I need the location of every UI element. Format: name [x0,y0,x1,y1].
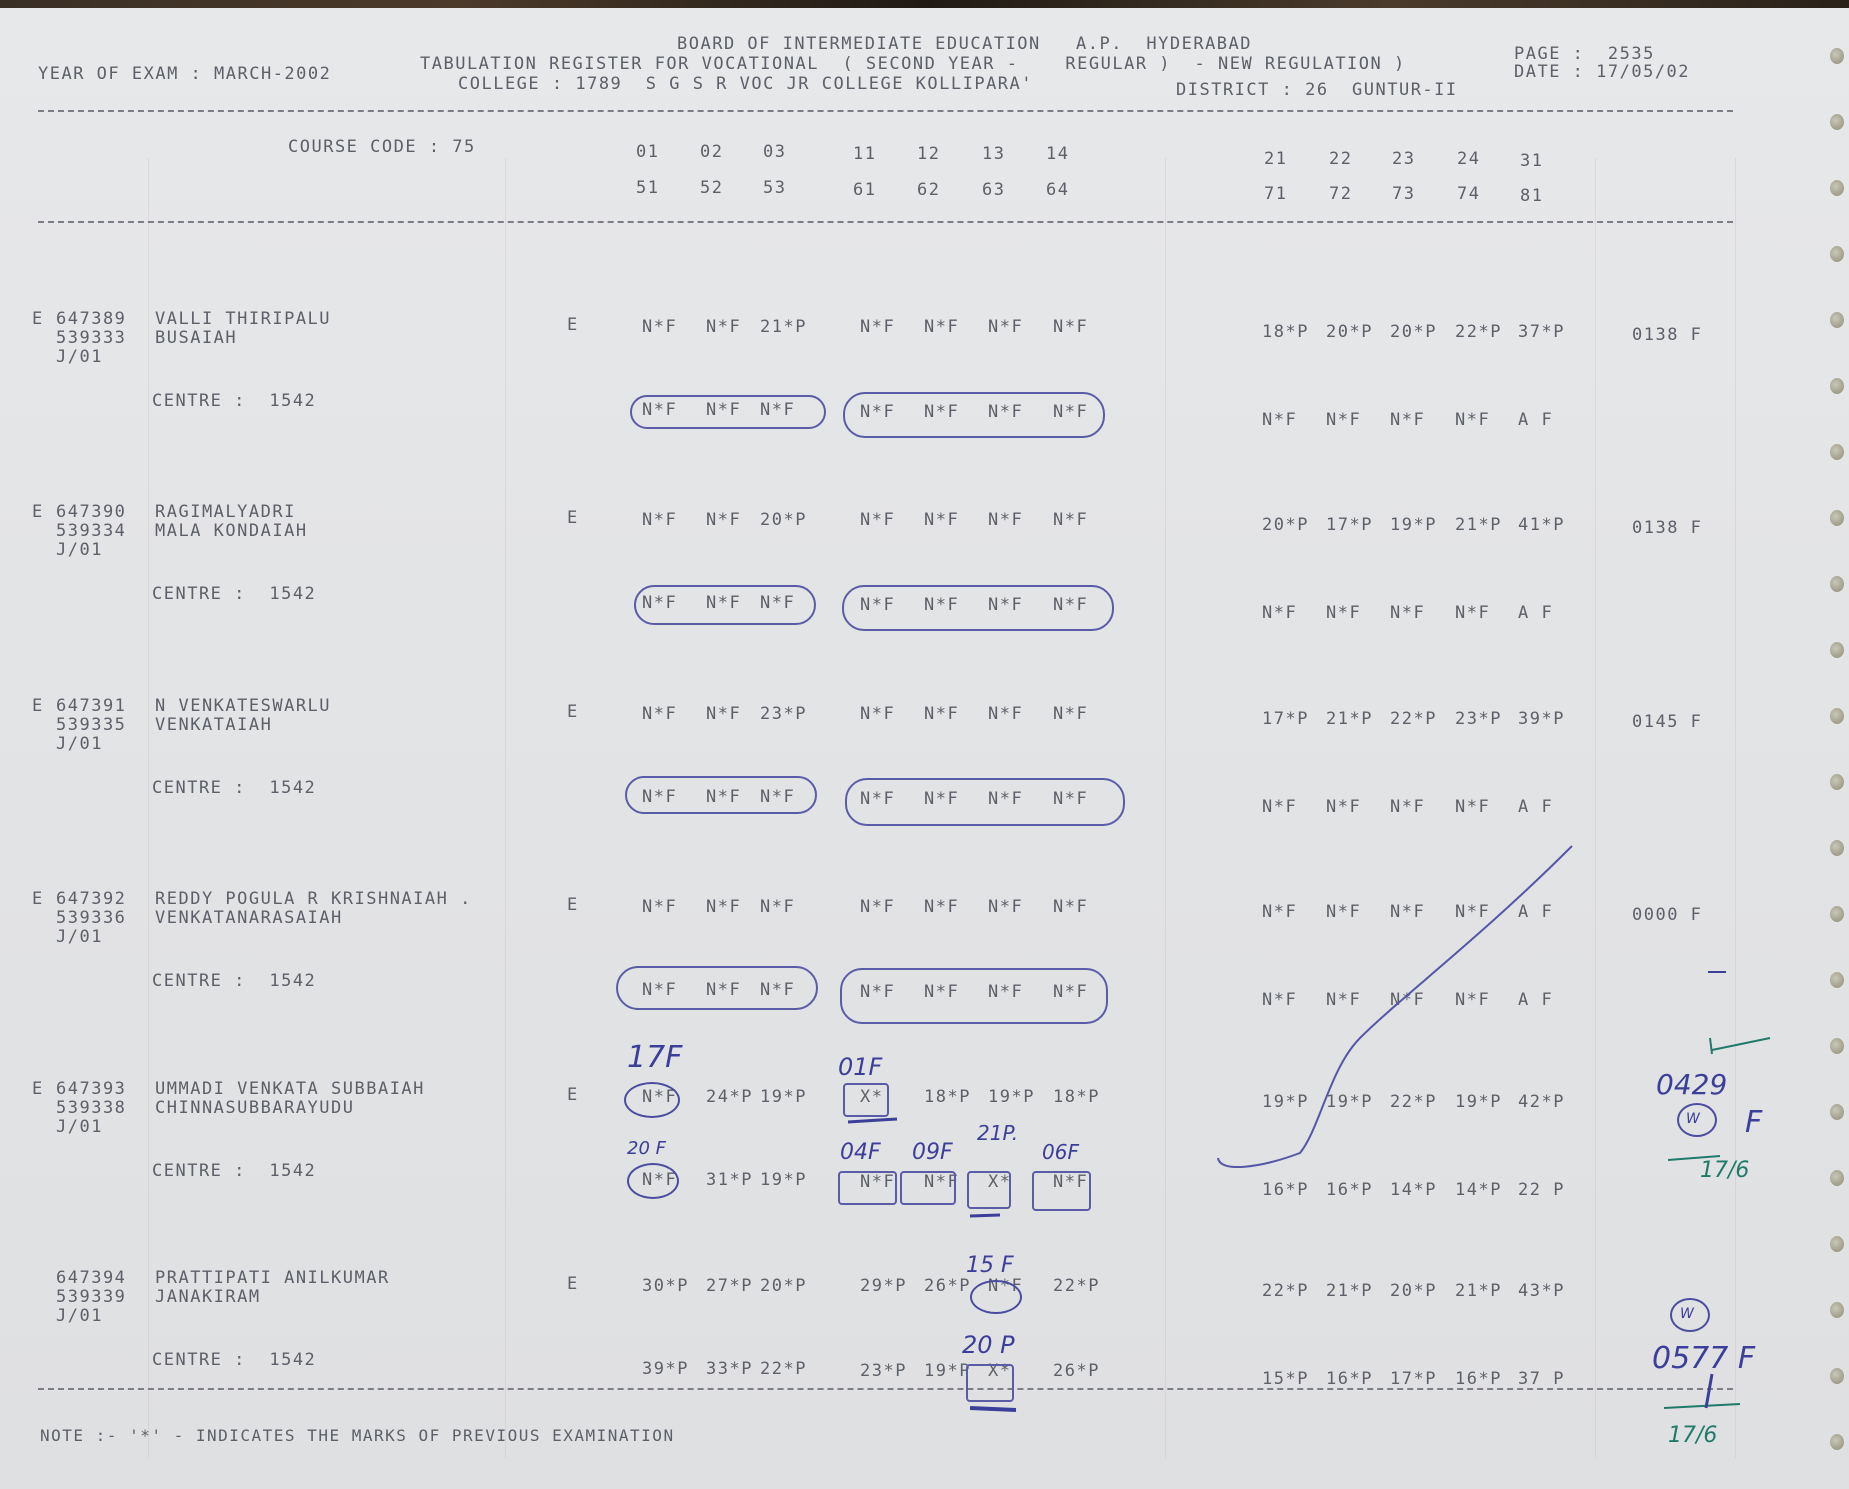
form-column-line [148,158,149,1458]
record-prefix: E [32,504,44,521]
feed-hole [1830,840,1844,856]
tabulation-register-page: BOARD OF INTERMEDIATE EDUCATION A.P. HYD… [0,8,1849,1489]
mark-cell: 23*P [860,1363,907,1380]
mark-cell: 23*P [1455,711,1502,728]
mark-cell: N*F [642,512,677,529]
mark-cell: 22*P [1455,324,1502,341]
exam-centre: CENTRE : 1542 [152,393,316,410]
feed-hole [1830,48,1844,64]
mark-cell: N*F [1390,799,1425,816]
withheld-circle [1677,1103,1717,1137]
group-code: J/01 [56,542,103,559]
exam-centre: CENTRE : 1542 [152,973,316,990]
mark-cell: N*F [1262,412,1297,429]
total-result: 0138 F [1632,520,1702,537]
handwritten-total: 0429 [1656,1068,1727,1101]
mark-cell: 22*P [1390,1094,1437,1111]
ink-box [967,1171,1011,1209]
handwritten-mark: 09F [912,1140,953,1165]
print-date: DATE : 17/05/02 [1514,64,1690,81]
mark-cell: 17*P [1326,517,1373,534]
total-result: 0000 F [1632,907,1702,924]
mark-cell: N*F [924,706,959,723]
mark-cell: N*F [1390,412,1425,429]
record-prefix: E [32,698,44,715]
subject-code: 73 [1392,186,1415,203]
mark-cell: 43*P [1518,1283,1565,1300]
subject-code: 21 [1264,151,1287,168]
footnote: NOTE :- '*' - INDICATES THE MARKS OF PRE… [40,1428,675,1444]
feed-hole [1830,708,1844,724]
mark-cell: 20*P [1326,324,1373,341]
mark-cell: 16*P [1326,1371,1373,1388]
mark-cell: 19*P [760,1172,807,1189]
mark-cell: N*F [860,899,895,916]
mark-cell: 14*P [1455,1182,1502,1199]
subject-code: 81 [1520,188,1543,205]
subject-code: 71 [1264,186,1287,203]
mark-cell: 42*P [1518,1094,1565,1111]
mark-cell: 18*P [924,1089,971,1106]
district-line: DISTRICT : 26 GUNTUR-II [1176,82,1458,99]
mark-cell: 37 P [1518,1371,1565,1388]
mark-cell: 37*P [1518,324,1565,341]
mark-cell: 20*P [760,512,807,529]
handwritten-total: 0577 F [1652,1341,1755,1376]
board-title: BOARD OF INTERMEDIATE EDUCATION A.P. HYD… [677,36,1252,53]
mark-cell: N*F [1262,904,1297,921]
father-name: BUSAIAH [155,330,237,347]
mark-cell: 16*P [1455,1371,1502,1388]
group-code: J/01 [56,1308,103,1325]
hall-ticket-number: 647394 [56,1270,126,1287]
feed-hole [1830,1236,1844,1252]
subject-code: 62 [917,182,940,199]
mark-cell: N*F [860,512,895,529]
mark-cell: 21*P [1326,711,1373,728]
mark-cell: N*F [1326,904,1361,921]
subject-code: 23 [1392,151,1415,168]
subject-code: 12 [917,146,940,163]
feed-hole [1830,1038,1844,1054]
father-name: VENKATANARASAIAH [155,910,343,927]
mark-cell: A F [1518,412,1553,429]
handwritten-mark: 20 F [627,1138,666,1159]
mark-cell: 19*P [988,1089,1035,1106]
exam-centre: CENTRE : 1542 [152,586,316,603]
mark-cell: N*F [1455,799,1490,816]
subject-code: 14 [1046,146,1069,163]
mark-cell: N*F [1455,605,1490,622]
mark-cell: 17*P [1262,711,1309,728]
mark-cell: N*F [924,899,959,916]
medium: E [567,1276,579,1293]
header-separator [38,110,1733,112]
registration-number: 539334 [56,523,126,540]
mark-cell: N*F [1053,512,1088,529]
total-result: 0138 F [1632,327,1702,344]
ink-circle [970,1280,1022,1314]
mark-cell: 39*P [642,1361,689,1378]
group-code: J/01 [56,736,103,753]
mark-cell: 22*P [760,1361,807,1378]
subject-code: 01 [636,144,659,161]
mark-cell: 22*P [1390,711,1437,728]
mark-cell: N*F [760,899,795,916]
hall-ticket-number: 647389 [56,311,126,328]
ink-oval [625,776,817,814]
exam-centre: CENTRE : 1542 [152,1352,316,1369]
feed-hole [1830,642,1844,658]
mark-cell: N*F [706,319,741,336]
mark-cell: N*F [1262,799,1297,816]
feed-hole [1830,1170,1844,1186]
hall-ticket-number: 647393 [56,1081,126,1098]
subject-code: 53 [763,180,786,197]
handwritten-mark: 04F [840,1140,881,1165]
candidate-name: N VENKATESWARLU [155,698,331,715]
mark-cell: N*F [1455,992,1490,1009]
medium: E [567,897,579,914]
mark-cell: N*F [1326,412,1361,429]
group-code: J/01 [56,1119,103,1136]
mark-cell: N*F [988,512,1023,529]
mark-cell: 39*P [1518,711,1565,728]
feed-hole [1830,576,1844,592]
footer-separator [38,1388,1733,1390]
mark-cell: N*F [988,899,1023,916]
mark-cell: 23*P [760,706,807,723]
handwritten-mark: 06F [1042,1140,1079,1164]
feed-hole [1830,906,1844,922]
hall-ticket-number: 647390 [56,504,126,521]
ink-oval [634,585,816,625]
subject-code: 74 [1457,186,1480,203]
feed-hole [1830,378,1844,394]
mark-cell: 21*P [760,319,807,336]
mark-cell: N*F [1053,899,1088,916]
handwritten-date: 17/6 [1700,1158,1749,1183]
hall-ticket-number: 647392 [56,891,126,908]
ink-box [843,1083,889,1117]
mark-cell: 26*P [924,1278,971,1295]
subject-code: 64 [1046,182,1069,199]
exam-centre: CENTRE : 1542 [152,780,316,797]
record-prefix: E [32,1081,44,1098]
feed-hole [1830,510,1844,526]
mark-cell: N*F [1053,706,1088,723]
ink-oval [616,966,818,1010]
father-name: VENKATAIAH [155,717,272,734]
mark-cell: 19*P [1390,517,1437,534]
mark-cell: 24*P [706,1089,753,1106]
subject-code: 13 [982,146,1005,163]
mark-cell: 20*P [1390,1283,1437,1300]
mark-cell: 19*P [924,1363,971,1380]
ink-box [838,1171,897,1205]
mark-cell: N*F [706,899,741,916]
mark-cell: 22*P [1262,1283,1309,1300]
subject-code: 24 [1457,151,1480,168]
mark-cell: 20*P [1390,324,1437,341]
medium: E [567,510,579,527]
candidate-name: RAGIMALYADRI [155,504,296,521]
ink-oval [630,395,826,429]
candidate-name: REDDY POGULA R KRISHNAIAH . [155,891,472,908]
mark-cell: 33*P [706,1361,753,1378]
form-column-line [505,158,506,1458]
mark-cell: 26*P [1053,1363,1100,1380]
form-column-line [1165,158,1166,1458]
feed-hole [1830,774,1844,790]
feed-hole [1830,246,1844,262]
register-title: TABULATION REGISTER FOR VOCATIONAL ( SEC… [420,56,1406,73]
subject-code: 51 [636,180,659,197]
father-name: MALA KONDAIAH [155,523,308,540]
hall-ticket-number: 647391 [56,698,126,715]
mark-cell: 18*P [1053,1089,1100,1106]
subject-code: 63 [982,182,1005,199]
feed-hole [1830,114,1844,130]
mark-cell: N*F [1455,904,1490,921]
feed-hole [1830,180,1844,196]
mark-cell: 16*P [1262,1182,1309,1199]
mark-cell: N*F [860,319,895,336]
handwritten-mark: 21P. [977,1121,1018,1145]
mark-cell: A F [1518,992,1553,1009]
mark-cell: N*F [988,319,1023,336]
feed-hole [1830,1104,1844,1120]
ink-circle [627,1163,679,1199]
feed-hole [1830,1302,1844,1318]
mark-cell: 19*P [1455,1094,1502,1111]
mark-cell: 20*P [760,1278,807,1295]
mark-cell: N*F [1326,992,1361,1009]
mark-cell: N*F [924,512,959,529]
mark-cell: N*F [642,319,677,336]
ink-box [1032,1171,1091,1211]
mark-cell: N*F [1390,605,1425,622]
form-column-line [1595,158,1596,1458]
feed-hole [1830,972,1844,988]
medium: E [567,704,579,721]
medium: E [567,1087,579,1104]
mark-cell: N*F [1390,904,1425,921]
mark-cell: 15*P [1262,1371,1309,1388]
ink-circle [624,1082,680,1118]
mark-cell: N*F [1053,319,1088,336]
mark-cell: 20*P [1262,517,1309,534]
ink-oval [840,968,1108,1024]
ink-strokes [0,8,1849,1489]
mark-cell: N*F [642,706,677,723]
candidate-name: VALLI THIRIPALU [155,311,331,328]
mark-cell: 21*P [1326,1283,1373,1300]
mark-cell: 18*P [1262,324,1309,341]
course-separator [38,221,1733,223]
subject-code: 22 [1329,151,1352,168]
mark-cell: N*F [1326,799,1361,816]
ink-oval [845,778,1125,826]
group-code: J/01 [56,349,103,366]
registration-number: 539339 [56,1289,126,1306]
record-prefix: E [32,311,44,328]
withheld-circle [1670,1298,1710,1332]
candidate-name: PRATTIPATI ANILKUMAR [155,1270,390,1287]
handwritten-grade: F [1745,1105,1762,1140]
mark-cell: 21*P [1455,1283,1502,1300]
ink-oval [843,392,1105,438]
registration-number: 539333 [56,330,126,347]
mark-cell: 29*P [860,1278,907,1295]
mark-cell: N*F [1262,605,1297,622]
form-column-line [1735,158,1736,1458]
mark-cell: N*F [1262,992,1297,1009]
mark-cell: 30*P [642,1278,689,1295]
mark-cell: 16*P [1326,1182,1373,1199]
ink-box [900,1171,956,1205]
medium: E [567,317,579,334]
handwritten-mark: 20 P [962,1331,1015,1359]
mark-cell: A F [1518,605,1553,622]
father-name: CHINNASUBBARAYUDU [155,1100,355,1117]
ink-box [966,1364,1014,1402]
college-line: COLLEGE : 1789 S G S R VOC JR COLLEGE KO… [458,76,1033,93]
subject-code: 72 [1329,186,1352,203]
mark-cell: N*F [1390,992,1425,1009]
handwritten-date: 17/6 [1668,1423,1717,1448]
mark-cell: N*F [706,706,741,723]
subject-code: 52 [700,180,723,197]
mark-cell: 14*P [1390,1182,1437,1199]
feed-hole [1830,1368,1844,1384]
candidate-name: UMMADI VENKATA SUBBAIAH [155,1081,425,1098]
subject-code: 31 [1520,153,1543,170]
mark-cell: 21*P [1455,517,1502,534]
mark-cell: 27*P [706,1278,753,1295]
record-prefix: E [32,891,44,908]
ink-oval [842,585,1114,631]
mark-cell: 19*P [1262,1094,1309,1111]
exam-centre: CENTRE : 1542 [152,1163,316,1180]
mark-cell: 41*P [1518,517,1565,534]
mark-cell: 19*P [760,1089,807,1106]
total-result: 0145 F [1632,714,1702,731]
mark-cell: N*F [706,512,741,529]
registration-number: 539338 [56,1100,126,1117]
mark-cell: 22 P [1518,1182,1565,1199]
page-number: PAGE : 2535 [1514,46,1655,63]
mark-cell: 19*P [1326,1094,1373,1111]
feed-hole [1830,312,1844,328]
registration-number: 539336 [56,910,126,927]
mark-cell: N*F [642,899,677,916]
mark-cell: A F [1518,904,1553,921]
course-code: COURSE CODE : 75 [288,139,476,156]
group-code: J/01 [56,929,103,946]
handwritten-mark: 15 F [966,1253,1014,1278]
subject-code: 03 [763,144,786,161]
handwritten-mark: 17F [627,1040,682,1075]
year-of-exam: YEAR OF EXAM : MARCH-2002 [38,66,331,83]
subject-code: 61 [853,182,876,199]
mark-cell: 22*P [1053,1278,1100,1295]
mark-cell: A F [1518,799,1553,816]
father-name: JANAKIRAM [155,1289,261,1306]
mark-cell: N*F [1326,605,1361,622]
handwritten-mark: 01F [838,1053,882,1081]
feed-hole [1830,1434,1844,1450]
mark-cell: 31*P [706,1172,753,1189]
feed-hole [1830,444,1844,460]
mark-cell: N*F [988,706,1023,723]
mark-cell: N*F [924,319,959,336]
mark-cell: N*F [860,706,895,723]
subject-code: 02 [700,144,723,161]
mark-cell: N*F [1455,412,1490,429]
mark-cell: 17*P [1390,1371,1437,1388]
subject-code: 11 [853,146,876,163]
registration-number: 539335 [56,717,126,734]
